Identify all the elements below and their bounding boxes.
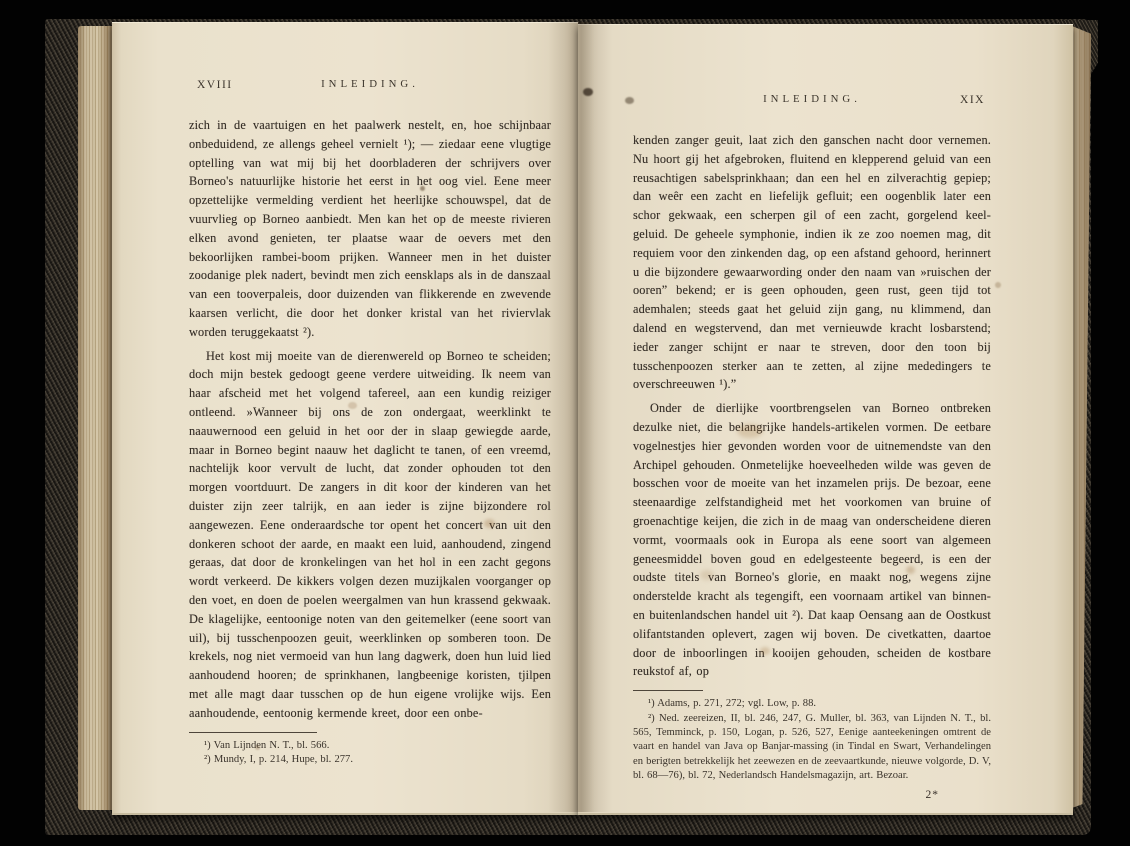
paragraph: Het kost mij moeite van de dierenwereld … [189,347,551,723]
left-footnotes: ¹) Van Lijnden N. T., bl. 566. ²) Mundy,… [189,739,551,768]
left-page-text-column: XVIII INLEIDING. zich in de vaartuigen e… [189,78,551,767]
right-running-title: INLEIDING. [633,93,991,105]
left-body-text: zich in de vaartuigen en het paalwerk ne… [189,116,551,723]
right-footnotes: ¹) Adams, p. 271, 272; vgl. Low, p. 88. … [633,697,991,783]
footnote: ²) Mundy, I, p. 214, Hupe, bl. 277. [189,753,551,767]
footnote: ¹) Adams, p. 271, 272; vgl. Low, p. 88. [633,697,991,711]
paragraph: kenden zanger geuit, laat zich den gansc… [633,131,991,394]
footnote-rule [633,690,703,691]
footnote: ²) Ned. zeereizen, II, bl. 246, 247, G. … [633,712,991,784]
paragraph: Onder de dierlijke voortbrengselen van B… [633,399,991,681]
page-edge-stack-left [78,26,112,810]
right-page-text-column: INLEIDING. XIX kenden zanger geuit, laat… [633,93,991,801]
paragraph: zich in de vaartuigen en het paalwerk ne… [189,116,551,342]
left-running-title: INLEIDING. [189,78,551,90]
signature-mark: 2* [633,789,991,801]
left-page-header: XVIII INLEIDING. [189,78,551,94]
footnote: ¹) Van Lijnden N. T., bl. 566. [189,739,551,753]
footnote-rule [189,732,317,733]
book-photo: XVIII INLEIDING. zich in de vaartuigen e… [0,0,1130,846]
right-page-header: INLEIDING. XIX [633,93,991,109]
right-body-text: kenden zanger geuit, laat zich den gansc… [633,131,991,681]
right-page-number: XIX [960,94,985,106]
right-page: INLEIDING. XIX kenden zanger geuit, laat… [578,24,1073,815]
left-page-number: XVIII [197,79,233,91]
left-page: XVIII INLEIDING. zich in de vaartuigen e… [112,22,578,815]
